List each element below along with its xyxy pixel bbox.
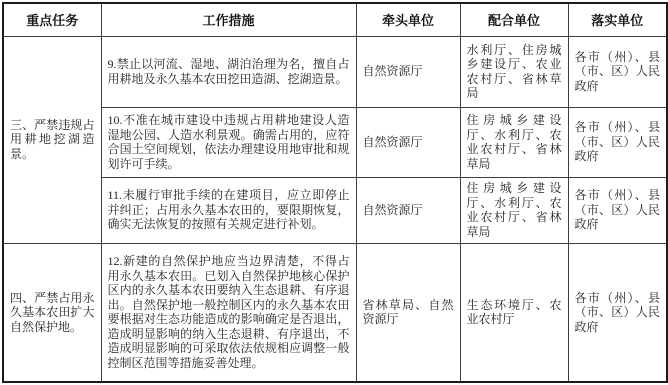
support-unit-cell: 住房城乡建设厅、水利厅、农业农村厅、省林草局 <box>460 177 568 243</box>
lead-unit-cell: 自然资源厅 <box>356 177 460 243</box>
measure-cell: 11.未履行审批手续的在建项目，应立即停止并纠正；占用永久基本农田的，要限期恢复… <box>101 177 356 243</box>
header-work-measures: 工作措施 <box>101 3 356 36</box>
task-cell: 三、严禁违规占用耕地挖湖造景。 <box>3 36 101 243</box>
lead-unit-cell: 自然资源厅 <box>356 107 460 177</box>
header-implement-unit: 落实单位 <box>568 3 667 36</box>
header-key-tasks: 重点任务 <box>3 3 101 36</box>
implement-unit-cell: 各市（州）、县（市、区）人民政府 <box>568 107 667 177</box>
lead-unit-cell: 省林草局、自然资源厅 <box>356 243 460 382</box>
measure-cell: 10.不准在城市建设中违规占用耕地建设人造湿地公园、人造水利景观。确需占用的，应… <box>101 107 356 177</box>
implement-unit-cell: 各市（州）、县（市、区）人民政府 <box>568 36 667 107</box>
header-lead-unit: 牵头单位 <box>356 3 460 36</box>
measure-cell: 12.新建的自然保护地应当边界清楚，不得占用永久基本农田。已划入自然保护地核心保… <box>101 243 356 382</box>
table-row: 11.未履行审批手续的在建项目，应立即停止并纠正；占用永久基本农田的，要限期恢复… <box>3 177 667 243</box>
implement-unit-cell: 各市（州）、县（市、区）人民政府 <box>568 177 667 243</box>
table-row: 10.不准在城市建设中违规占用耕地建设人造湿地公园、人造水利景观。确需占用的，应… <box>3 107 667 177</box>
lead-unit-cell: 自然资源厅 <box>356 36 460 107</box>
header-support-unit: 配合单位 <box>460 3 568 36</box>
measure-cell: 9.禁止以河流、湿地、湖泊治理为名，擅自占用耕地及永久基本农田挖田造湖、挖湖造景… <box>101 36 356 107</box>
implement-unit-cell: 各市（州）、县（市、区）人民政府 <box>568 243 667 382</box>
table-header: 重点任务 工作措施 牵头单位 配合单位 落实单位 <box>3 3 667 36</box>
support-unit-cell: 水利厅、住房城乡建设厅、农业农村厅、省林草局 <box>460 36 568 107</box>
measures-table: 重点任务 工作措施 牵头单位 配合单位 落实单位 三、严禁违规占用耕地挖湖造景。… <box>2 2 668 383</box>
table-row: 三、严禁违规占用耕地挖湖造景。9.禁止以河流、湿地、湖泊治理为名，擅自占用耕地及… <box>3 36 667 107</box>
document-page: 重点任务 工作措施 牵头单位 配合单位 落实单位 三、严禁违规占用耕地挖湖造景。… <box>0 0 668 385</box>
table-body: 三、严禁违规占用耕地挖湖造景。9.禁止以河流、湿地、湖泊治理为名，擅自占用耕地及… <box>3 36 667 382</box>
support-unit-cell: 生态环境厅、农业农村厅 <box>460 243 568 382</box>
task-cell: 四、严禁占用永久基本农田扩大自然保护地。 <box>3 243 101 382</box>
header-row: 重点任务 工作措施 牵头单位 配合单位 落实单位 <box>3 3 667 36</box>
support-unit-cell: 住房城乡建设厅、水利厅、农业农村厅、省林草局 <box>460 107 568 177</box>
table-row: 四、严禁占用永久基本农田扩大自然保护地。12.新建的自然保护地应当边界清楚，不得… <box>3 243 667 382</box>
